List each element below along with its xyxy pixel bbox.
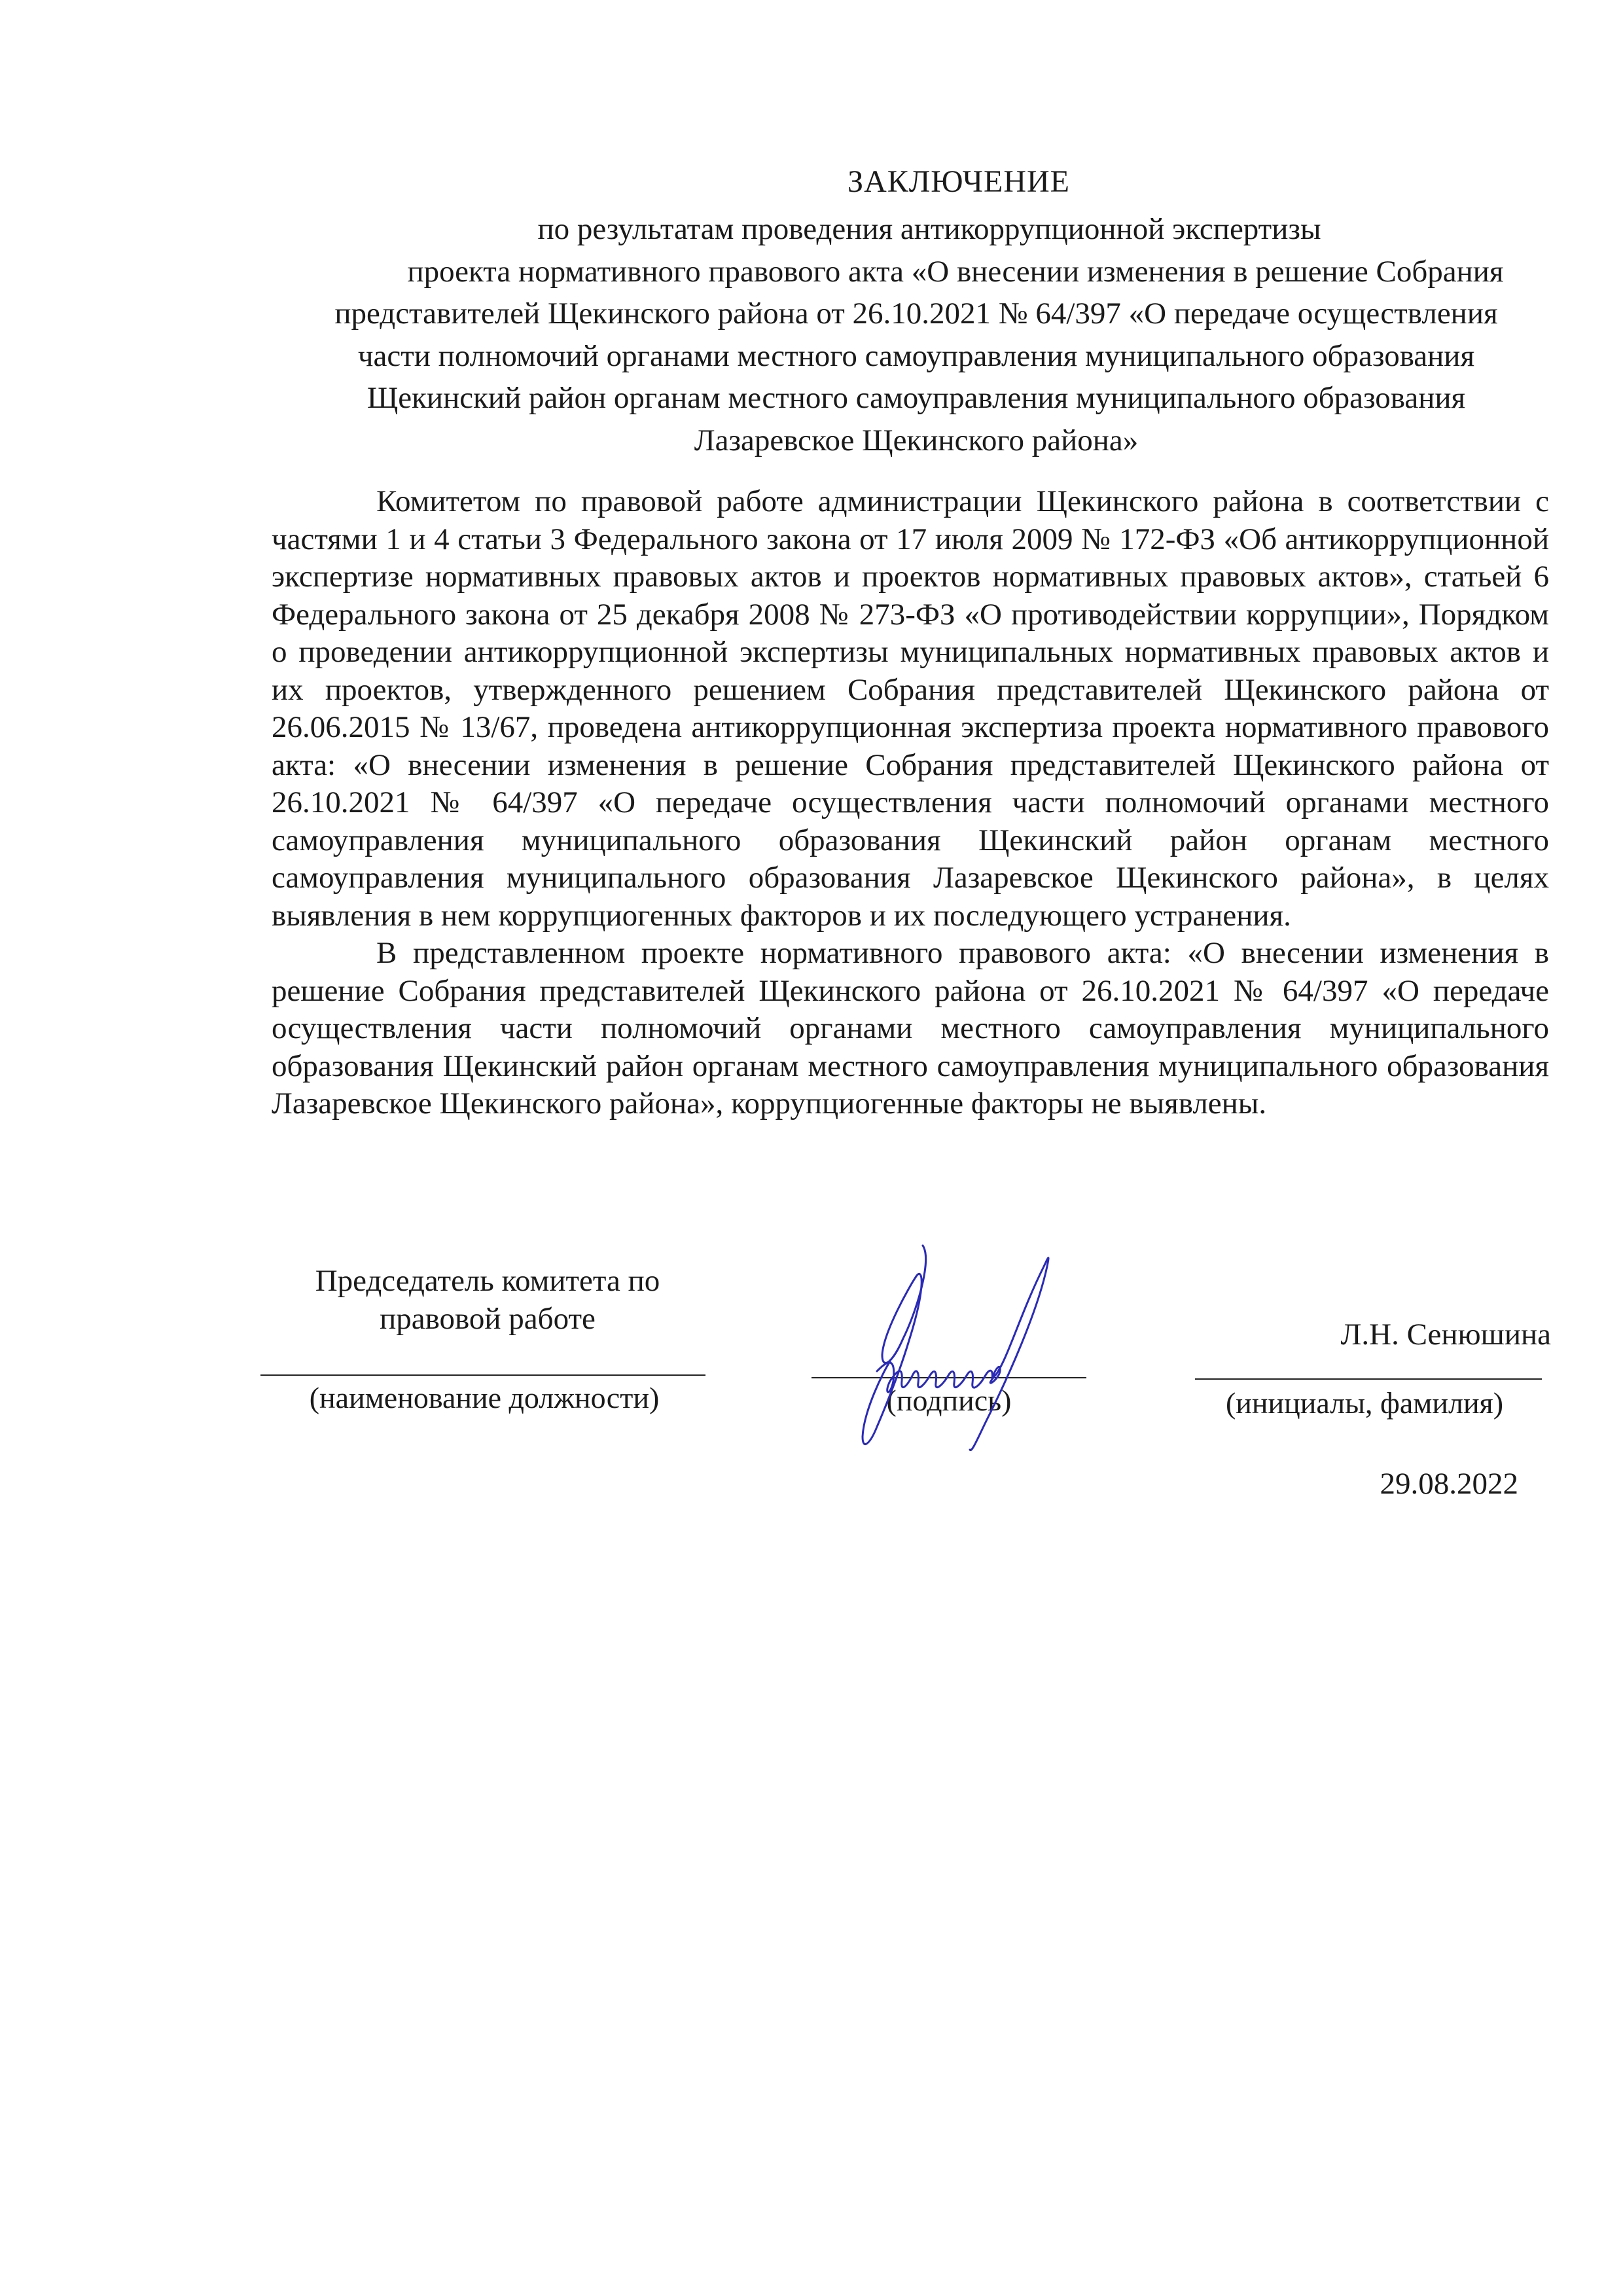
body-paragraph: Комитетом по правовой работе администрац… (272, 483, 1549, 935)
subtitle-line: проекта нормативного правового акта «О в… (281, 251, 1551, 293)
document-page: ЗАКЛЮЧЕНИЕ по результатам проведения ант… (0, 0, 1623, 2296)
document-date: 29.08.2022 (1342, 1465, 1518, 1503)
document-subtitle: по результатам проведения антикоррупцион… (281, 208, 1551, 461)
signer-position-line: Председатель комитета по (259, 1262, 717, 1300)
subtitle-line: по результатам проведения антикоррупцион… (281, 208, 1551, 251)
name-caption: (инициалы, фамилия) (1198, 1385, 1531, 1422)
subtitle-line: Лазаревское Щекинского района» (281, 420, 1551, 462)
handwritten-signature-icon (785, 1240, 1152, 1456)
position-caption: (наименование должности) (259, 1380, 710, 1416)
subtitle-line: части полномочий органами местного самоу… (281, 335, 1551, 378)
signer-position: Председатель комитета по правовой работе (259, 1262, 717, 1338)
signer-name: Л.Н. Сенюшина (1230, 1316, 1551, 1354)
subtitle-line: представителей Щекинского района от 26.1… (281, 293, 1551, 335)
document-title: ЗАКЛЮЧЕНИЕ (0, 162, 1623, 202)
document-body: Комитетом по правовой работе администрац… (272, 483, 1549, 1123)
signer-position-line: правовой работе (259, 1300, 717, 1338)
subtitle-line: Щекинский район органам местного самоупр… (281, 377, 1551, 420)
name-underline (1195, 1378, 1542, 1380)
body-paragraph: В представленном проекте нормативного пр… (272, 935, 1549, 1123)
position-underline (260, 1374, 705, 1376)
